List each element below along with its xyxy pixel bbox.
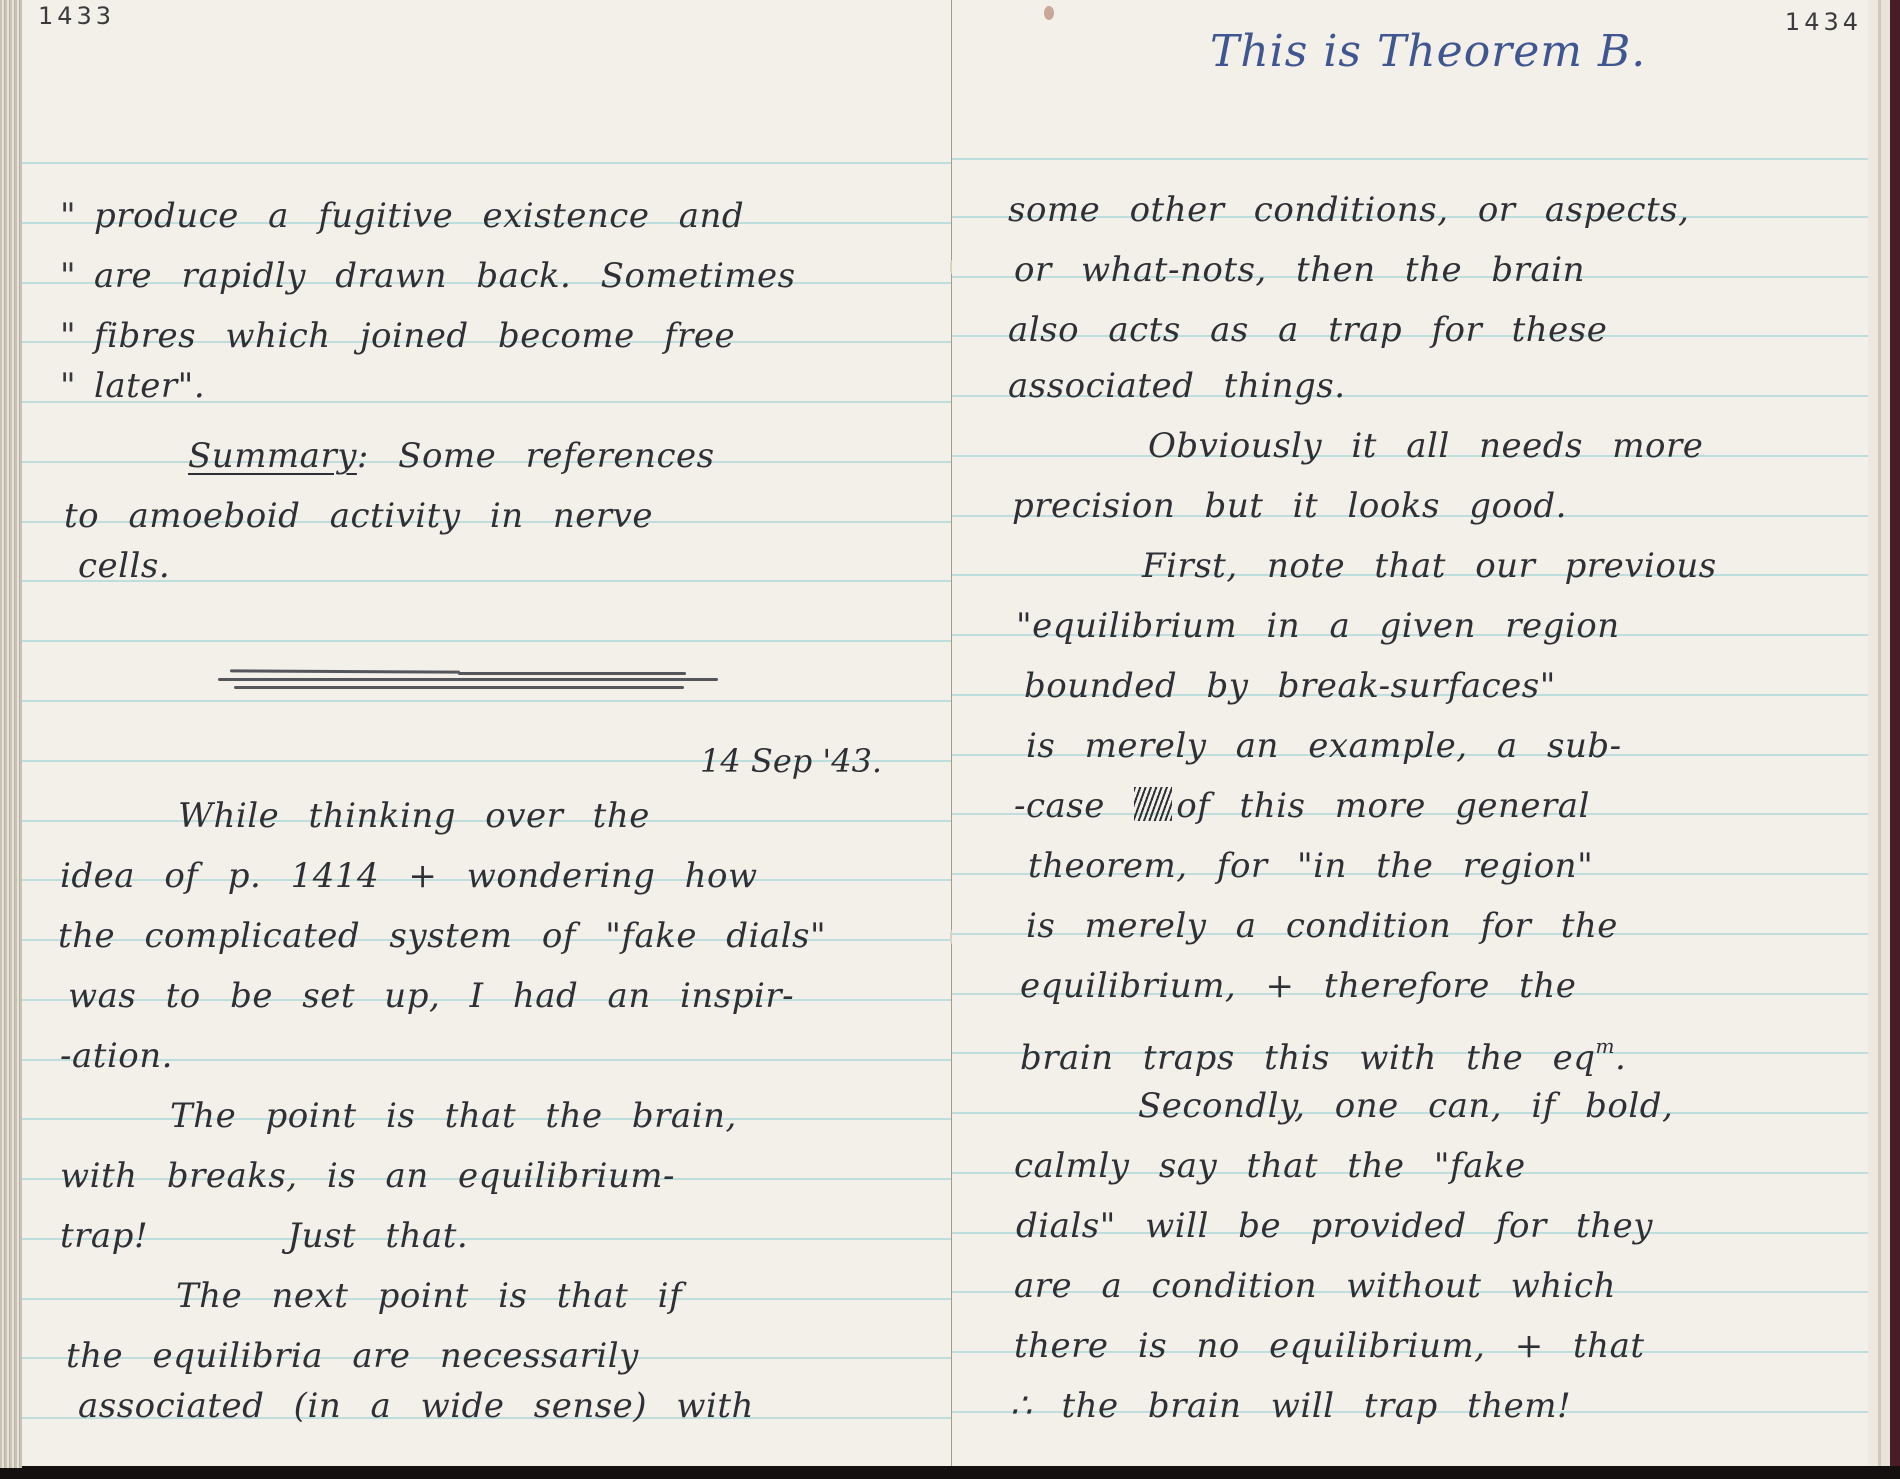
entry-date: 14 Sep '43. (700, 742, 882, 780)
ditto-mark: " (60, 186, 94, 246)
theorem-title: This is Theorem B. (1210, 26, 1646, 77)
line-text: While thinking over the (178, 796, 650, 836)
notebook-cover-edge (1868, 0, 1900, 1479)
line-text: dials" will be provided for they (1016, 1206, 1653, 1246)
line-text: also acts as a trap for these (1008, 310, 1607, 350)
text-line: associated things. (1008, 356, 1868, 416)
line-text: "equilibrium in a given region (1016, 606, 1620, 646)
crossed-out-word (1134, 787, 1172, 821)
line-text: Secondly, one can, if bold, (1138, 1086, 1673, 1126)
text-line: "are rapidly drawn back. Sometimes (60, 246, 951, 306)
text-line: there is no equilibrium, + that (1014, 1316, 1868, 1376)
line-text: fibres which joined become free (94, 316, 735, 356)
line-text: produce a fugitive existence and (94, 196, 744, 236)
text-line: bounded by break-surfaces" (1024, 656, 1868, 716)
ink-stain (1044, 6, 1054, 20)
line-text: was to be set up, I had an inspir- (68, 976, 794, 1016)
text-line: "equilibrium in a given region (1016, 596, 1868, 656)
line-text: precision but it looks good. (1012, 486, 1567, 526)
rule-line (952, 158, 1868, 160)
text-line: was to be set up, I had an inspir- (68, 966, 951, 1026)
text-line: ∴ the brain will trap them! (1010, 1376, 1868, 1436)
text-line: the complicated system of "fake dials" (58, 906, 951, 966)
abbreviation-superscript: m (1595, 1034, 1614, 1058)
line-text: ∴ the brain will trap them! (1010, 1386, 1571, 1426)
text-line: dials" will be provided for they (1016, 1196, 1868, 1256)
line-text: Obviously it all needs more (1148, 426, 1703, 466)
text-line: is merely an example, a sub- (1026, 716, 1868, 776)
line-text: to amoeboid activity in nerve (64, 496, 653, 536)
text-line: Secondly, one can, if bold, (1138, 1076, 1868, 1136)
text-line: calmly say that the "fake (1014, 1136, 1868, 1196)
text-line: or what-nots, then the brain (1014, 240, 1868, 300)
line-text: there is no equilibrium, + that (1014, 1326, 1645, 1366)
section-divider (218, 668, 718, 692)
text-line: First, note that our previous (1142, 536, 1868, 596)
text-line: "later". (60, 356, 951, 416)
line-text: theorem, for "in the region" (1028, 846, 1593, 886)
line-text: The next point is that if (176, 1276, 682, 1316)
text-line: -ation. (60, 1026, 951, 1086)
ditto-mark: " (60, 356, 94, 416)
line-text: First, note that our previous (1142, 546, 1717, 586)
text-line: is merely a condition for the (1026, 896, 1868, 956)
line-text: the equilibria are necessarily (66, 1336, 639, 1376)
page-number: 1434 (1785, 8, 1862, 36)
line-text: trap! (60, 1216, 148, 1256)
text-line: cells. (78, 536, 951, 596)
background-surface (0, 1466, 1900, 1479)
line-text: some other conditions, or aspects, (1008, 190, 1689, 230)
summary-heading: Summary (188, 436, 357, 476)
text-line: precision but it looks good. (1012, 476, 1868, 536)
text-line: some other conditions, or aspects, (1008, 180, 1868, 240)
line-text: are a condition without which (1014, 1266, 1616, 1306)
line-text: associated things. (1008, 366, 1346, 406)
right-page: 1434 This is Theorem B. some other condi… (952, 0, 1868, 1468)
text-line: trap! Just that. (60, 1206, 951, 1266)
text-line: "produce a fugitive existence and (60, 186, 951, 246)
line-text: brain traps this with the eq (1020, 1038, 1595, 1078)
page-stack-edge (0, 0, 22, 1468)
text-line: equilibrium, + therefore the (1020, 956, 1868, 1016)
text-line: theorem, for "in the region" (1028, 836, 1868, 896)
line-text: idea of p. 1414 + wondering how (60, 856, 758, 896)
line-text: cells. (78, 546, 170, 586)
line-text: bounded by break-surfaces" (1024, 666, 1556, 706)
line-text: is merely an example, a sub- (1026, 726, 1622, 766)
text-line: While thinking over the (178, 786, 951, 846)
text-line: associated (in a wide sense) with (78, 1376, 951, 1436)
text-line: -case of this more general (1014, 776, 1868, 836)
line-text: associated (in a wide sense) with (78, 1386, 754, 1426)
text-line: also acts as a trap for these (1008, 300, 1868, 360)
line-text: -case (1014, 786, 1105, 826)
line-text: the complicated system of "fake dials" (58, 916, 826, 956)
left-page: 1433 "produce a fugitive existence and "… (0, 0, 952, 1468)
text-line: Obviously it all needs more (1148, 416, 1868, 476)
ditto-mark: " (60, 246, 94, 306)
text-line: with breaks, is an equilibrium- (60, 1146, 951, 1206)
line-text: equilibrium, + therefore the (1020, 966, 1576, 1006)
text-line: The next point is that if (176, 1266, 951, 1326)
text-line: are a condition without which (1014, 1256, 1868, 1316)
line-text: Just that. (287, 1216, 468, 1256)
line-text: are rapidly drawn back. Sometimes (94, 256, 796, 296)
line-text: with breaks, is an equilibrium- (60, 1156, 675, 1196)
line-text: is merely a condition for the (1026, 906, 1618, 946)
text-line: The point is that the brain, (170, 1086, 951, 1146)
line-text: later". (94, 366, 205, 406)
text-line: brain traps this with the eqm. (1020, 1016, 1868, 1076)
line-text: . (1615, 1038, 1626, 1078)
line-text: -ation. (60, 1036, 173, 1076)
page-number: 1433 (38, 2, 115, 30)
text-line: idea of p. 1414 + wondering how (60, 846, 951, 906)
line-text: The point is that the brain, (170, 1096, 737, 1136)
line-text: : Some references (357, 436, 715, 476)
summary-line: Summary: Some references (188, 426, 951, 486)
line-text: of this more general (1176, 786, 1590, 826)
rule-line (0, 700, 951, 702)
rule-line (0, 640, 951, 642)
rule-line (0, 162, 951, 164)
line-text: calmly say that the "fake (1014, 1146, 1526, 1186)
line-text: or what-nots, then the brain (1014, 250, 1585, 290)
